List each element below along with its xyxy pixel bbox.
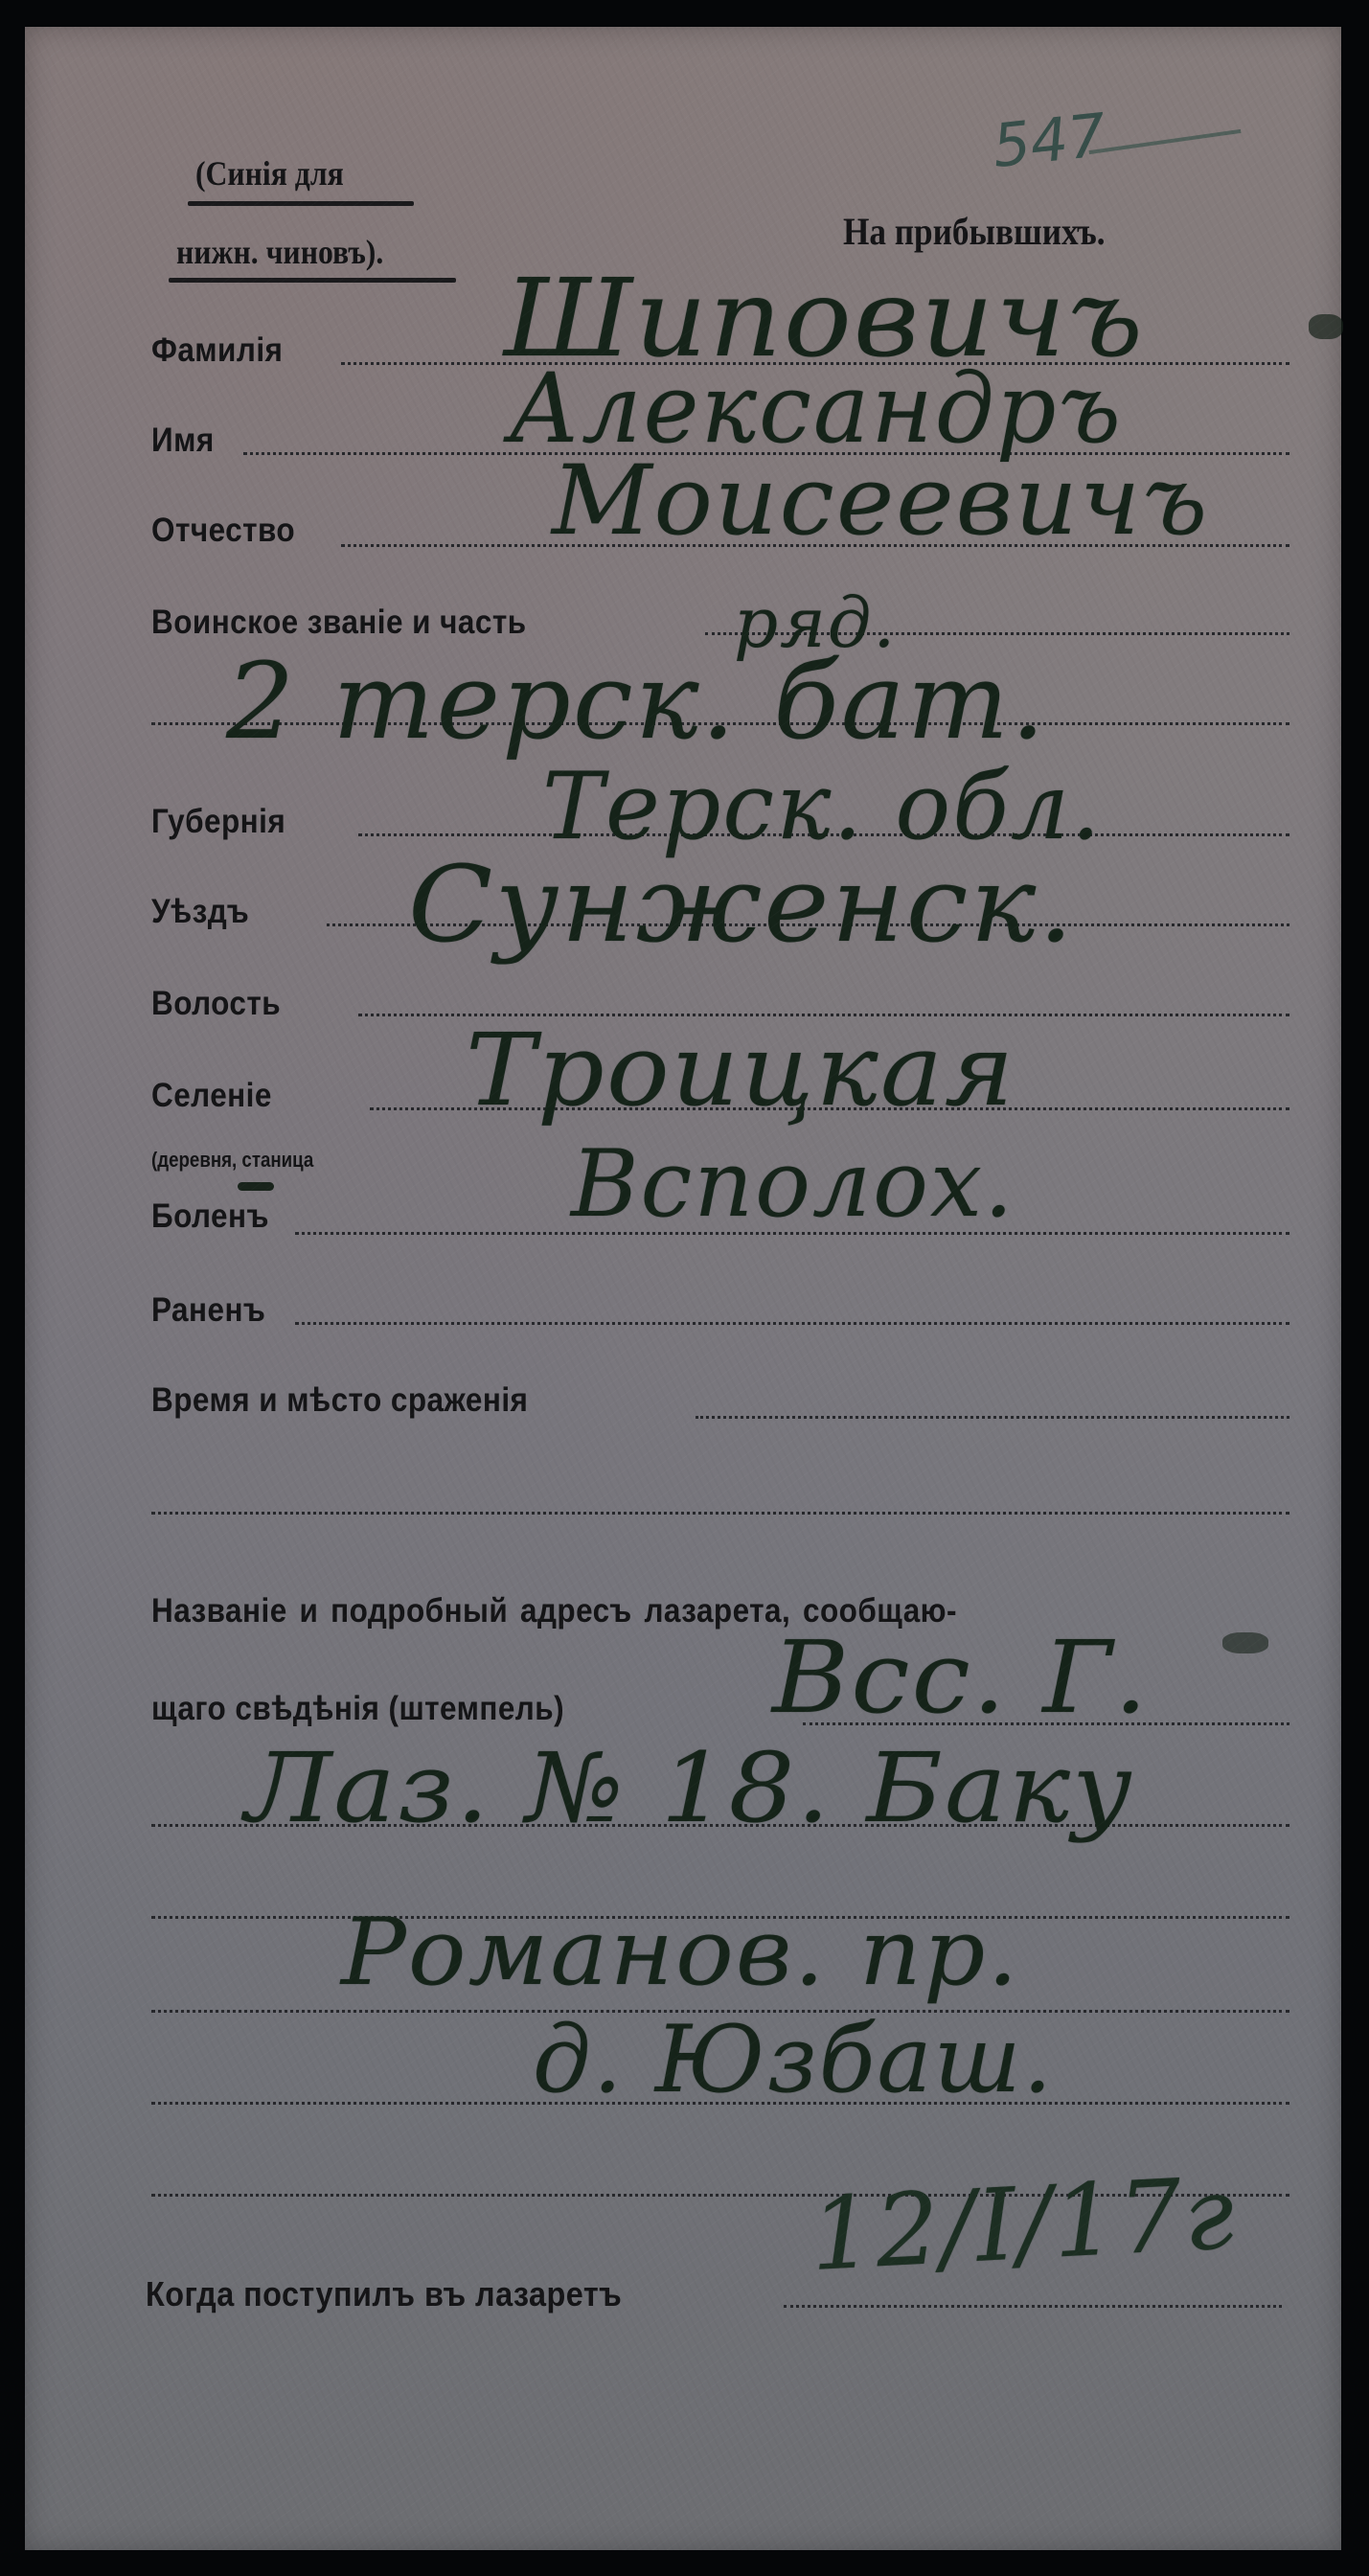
admission-label: Когда поступилъ въ лазаретъ (146, 2274, 622, 2314)
header-category-line1: (Синія для (195, 153, 344, 194)
hospital-value-line4[interactable]: д. Юзбаш. (533, 2006, 1054, 2113)
village-value[interactable]: Троицкая (466, 1012, 1015, 1128)
battle-label: Время и мѣсто сраженія (151, 1381, 528, 1420)
village-sublabel: (деревня, станица (151, 1148, 313, 1173)
admission-line (784, 2305, 1282, 2308)
surname-label: Фамилія (151, 331, 283, 370)
header-underline-2 (169, 278, 456, 283)
hospital-value-line3[interactable]: Романов. пр. (341, 1899, 1020, 2006)
ink-blot (1222, 1632, 1268, 1653)
district-label: Уѣздъ (151, 893, 249, 931)
rank-unit-label: Воинское званіе и часть (151, 604, 527, 642)
registration-card: 547 (Синія для нижн. чиновъ). На прибывш… (25, 27, 1341, 2550)
wounded-label: Раненъ (151, 1291, 265, 1330)
village-label: Селеніе (151, 1077, 272, 1115)
header-underline-1 (188, 201, 414, 206)
battle-line-1 (696, 1416, 1289, 1419)
hospital-value-line2[interactable]: Лаз. № 18. Баку (245, 1732, 1134, 1844)
archive-number: 547 (990, 100, 1109, 181)
header-category-line2: нижн. чиновъ). (176, 232, 383, 272)
admission-value[interactable]: 12/I/17г (808, 2154, 1239, 2293)
district-value[interactable]: Сунженск. (408, 843, 1075, 966)
unit-value[interactable]: 2 терск. бат. (226, 640, 1047, 763)
card-title: На прибывшихъ. (843, 209, 1106, 254)
wounded-line (295, 1322, 1289, 1325)
ink-underline-mark (238, 1182, 274, 1191)
patronymic-value[interactable]: Моисеевичъ (552, 445, 1209, 557)
province-label: Губернія (151, 803, 285, 841)
first-name-label: Имя (151, 422, 215, 460)
ill-label: Боленъ (151, 1197, 269, 1236)
battle-line-2 (151, 1512, 1289, 1515)
hospital-label-line2: щаго свѣдѣнія (штемпель) (151, 1690, 564, 1728)
volost-label: Волость (151, 985, 281, 1023)
hospital-value-line1[interactable]: Всс. Г. (772, 1619, 1150, 1736)
patronymic-label: Отчество (151, 512, 295, 550)
pencil-stroke (1089, 129, 1242, 154)
ink-blot (1309, 314, 1343, 339)
village-value-line2[interactable]: Всполох. (571, 1130, 1015, 1238)
